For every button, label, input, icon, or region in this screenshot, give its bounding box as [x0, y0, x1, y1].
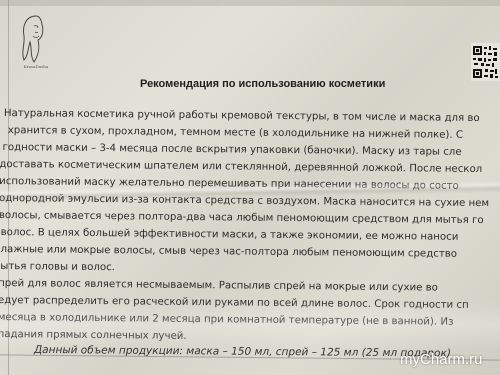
paper-top-edge — [0, 0, 500, 6]
qr-code-icon — [471, 43, 500, 81]
document-body: Натуральная косметика ручной работы крем… — [0, 105, 500, 348]
brand-name: KrasaDusha — [16, 64, 56, 69]
woman-silhouette-icon — [16, 12, 52, 64]
brand-logo: KrasaDusha — [16, 12, 52, 72]
site-watermark: myCharm.ru — [400, 351, 483, 368]
document-title: Рекомендация по использованию косметики — [140, 78, 440, 90]
